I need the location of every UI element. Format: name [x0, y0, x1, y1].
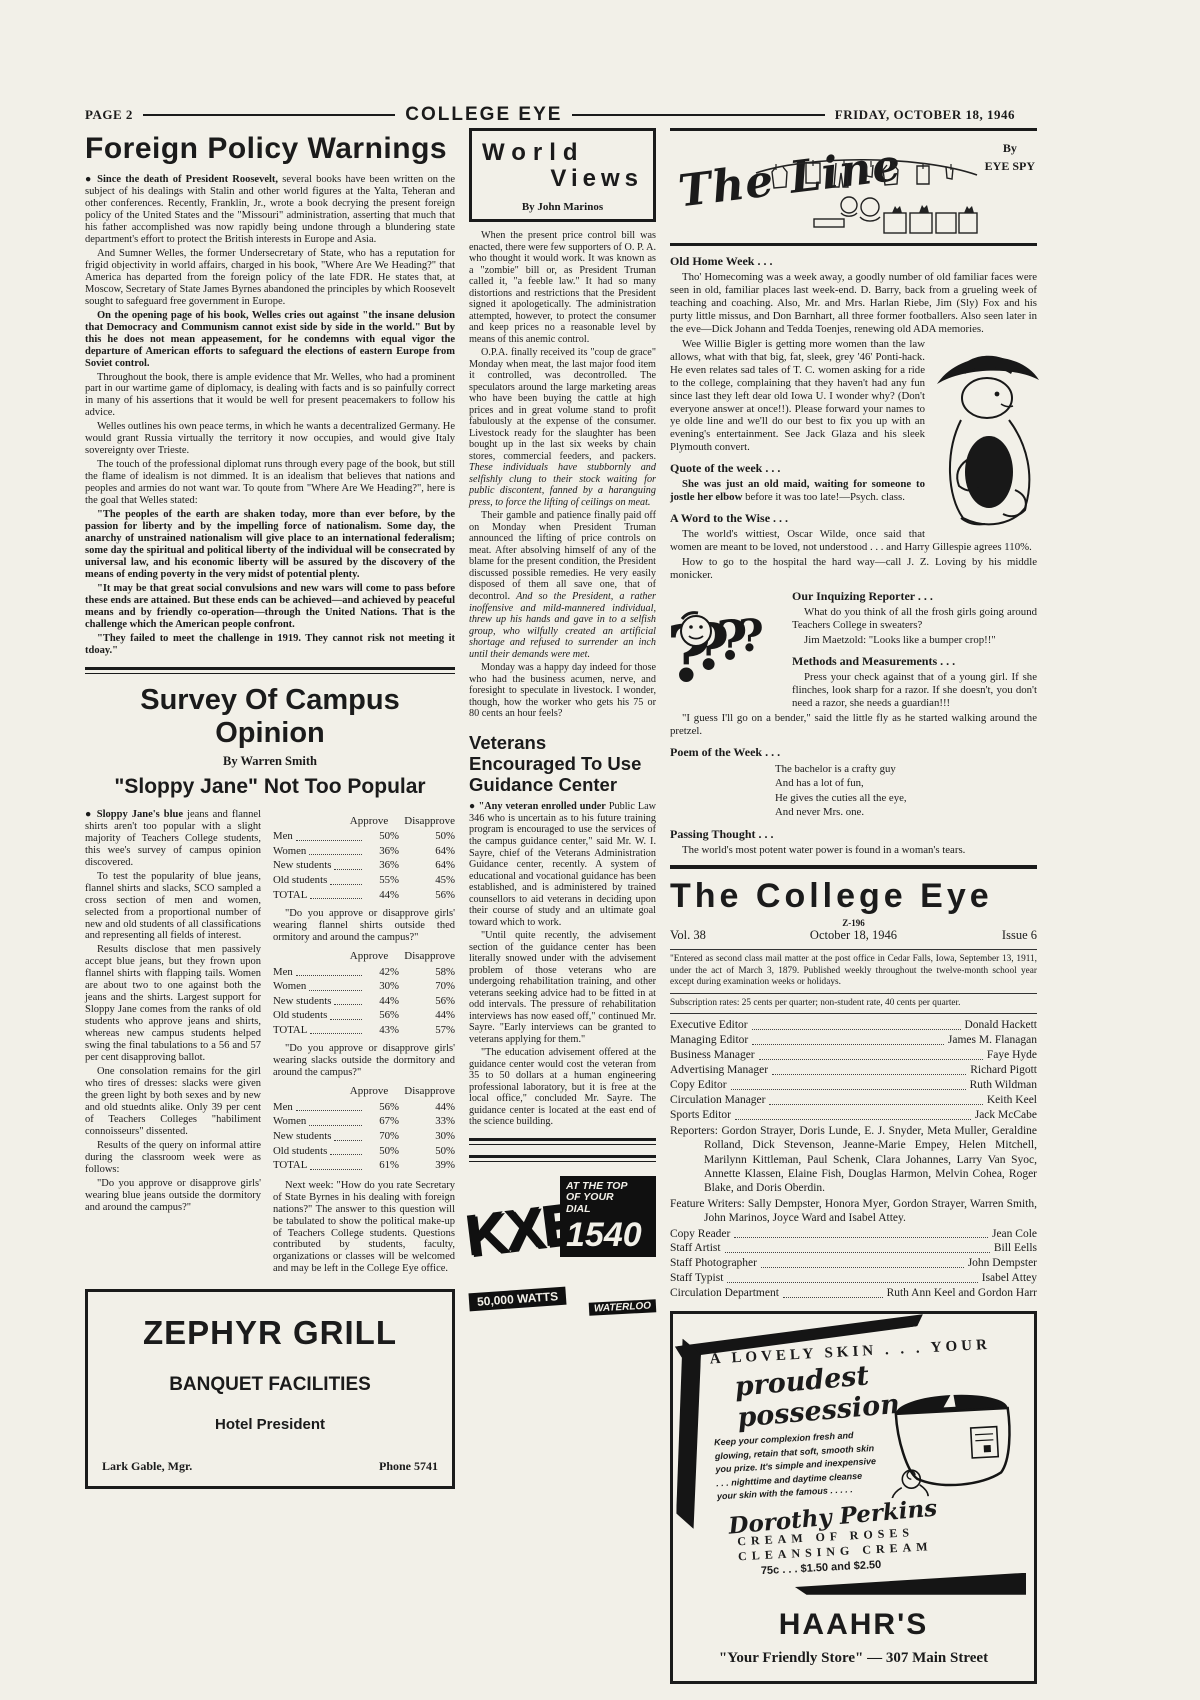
- staff-role: Copy Editor: [670, 1078, 727, 1093]
- dot-leader: [761, 1256, 964, 1268]
- dot-leader: [769, 1093, 982, 1105]
- approve-value: 61%: [365, 1158, 399, 1173]
- perkins-card: A LOVELY SKIN . . . YOUR proudest posses…: [693, 1326, 1020, 1586]
- dot-leader: [759, 1048, 983, 1060]
- approve-value: 56%: [365, 1008, 399, 1023]
- page-number: PAGE 2: [85, 107, 133, 123]
- row-label: Women: [273, 979, 306, 994]
- poem-line: And has a lot of fun,: [775, 776, 1037, 791]
- section-heading: Old Home Week . . .: [670, 254, 1037, 269]
- dot-leader: [309, 1114, 362, 1126]
- paragraph: "They failed to meet the challenge in 19…: [85, 633, 455, 657]
- by-label: By: [985, 139, 1035, 157]
- section-inquiring-reporter: ? ? ? ? Our Inquizing Reporter . . . Wha…: [670, 589, 1037, 738]
- disapprove-value: 44%: [399, 1008, 455, 1023]
- staff-name: Richard Pigott: [970, 1063, 1037, 1078]
- quote-rest: before it was too late!—Psych. class.: [742, 491, 905, 503]
- staff-row: Managing EditorJames M. Flanagan: [670, 1033, 1037, 1048]
- dot-leader: [296, 1100, 362, 1112]
- disapprove-value: 70%: [399, 979, 455, 994]
- paragraph: Results disclose that men passively acce…: [85, 944, 261, 1064]
- approve-value: 56%: [365, 1100, 399, 1115]
- page-content: Foreign Policy Warnings ● Since the deat…: [85, 128, 1023, 1684]
- staff-row: Copy ReaderJean Cole: [670, 1227, 1037, 1242]
- by-name: EYE SPY: [985, 157, 1035, 175]
- ad-line: BANQUET FACILITIES: [102, 1374, 438, 1396]
- paragraph: To test the popularity of blue jeans, fl…: [85, 871, 261, 943]
- staff-role: Staff Artist: [670, 1241, 721, 1256]
- dot-leader: [330, 1008, 362, 1020]
- clothesline-illustration: [754, 133, 979, 237]
- column-title-line2: Views: [482, 165, 643, 193]
- survey-text-column: ● Sloppy Jane's blue jeans and flannel s…: [85, 809, 261, 1278]
- approve-value: 44%: [365, 994, 399, 1009]
- paragraph-text: Public Law 346 who is uncertain as to hi…: [469, 801, 656, 927]
- section-divider: [85, 667, 455, 674]
- dot-leader: [727, 1271, 977, 1283]
- dot-leader: [310, 1158, 362, 1170]
- issue-date: FRIDAY, OCTOBER 18, 1946: [835, 107, 1015, 123]
- ad-divider: [469, 1138, 656, 1162]
- staff-role: Managing Editor: [670, 1033, 748, 1048]
- disapprove-value: 50%: [399, 829, 455, 844]
- dot-leader: [309, 979, 362, 991]
- masthead-title: The College Eye: [670, 877, 1037, 916]
- dot-leader: [734, 1227, 988, 1239]
- paragraph: And Sumner Welles, the former Undersecre…: [85, 248, 455, 308]
- paragraph: The world's most potent water power is f…: [670, 844, 1037, 857]
- dot-leader: [330, 1144, 362, 1156]
- survey-table-column: Approve Disapprove Men50%50% Women36%64%…: [273, 809, 455, 1278]
- staff-name: Donald Hackett: [965, 1018, 1038, 1033]
- paragraph: When the present price control bill was …: [469, 230, 656, 345]
- dot-leader: [725, 1241, 990, 1253]
- staff-name: Ruth Ann Keel and Gordon Harr: [887, 1286, 1037, 1301]
- staff-name: John Dempster: [968, 1256, 1037, 1271]
- row-label: TOTAL: [273, 888, 307, 903]
- row-label: New students: [273, 994, 331, 1009]
- the-line-banner: The Line By EYE SPY: [670, 128, 1037, 246]
- table-row: Women36%64%: [273, 844, 455, 859]
- paragraph: The touch of the professional diplomat r…: [85, 459, 455, 507]
- disapprove-value: 39%: [399, 1158, 455, 1173]
- dot-leader: [296, 965, 362, 977]
- dot-leader: [334, 994, 362, 1006]
- staff-row: Copy EditorRuth Wildman: [670, 1078, 1037, 1093]
- article-title: Veterans Encouraged To Use Guidance Cent…: [469, 732, 656, 796]
- table-row: Women30%70%: [273, 979, 455, 994]
- world-views-masthead: World Views By John Marinos: [469, 128, 656, 222]
- row-label: Men: [273, 1100, 293, 1115]
- header-rule-left: [143, 114, 395, 116]
- staff-role: Staff Typist: [670, 1271, 723, 1286]
- disapprove-value: 44%: [399, 1100, 455, 1115]
- brush-stroke-icon: [676, 1339, 701, 1529]
- row-label: Men: [273, 829, 293, 844]
- staff-row: Staff TypistIsabel Attey: [670, 1271, 1037, 1286]
- question-marks-illustration: ? ? ? ?: [670, 593, 782, 701]
- row-label: Men: [273, 965, 293, 980]
- approve-value: 36%: [365, 858, 399, 873]
- row-label: New students: [273, 858, 331, 873]
- poem-line: And never Mrs. one.: [775, 805, 1037, 820]
- paragraph-text: Their gamble and patience finally paid o…: [469, 510, 656, 602]
- dot-leader: [772, 1063, 966, 1075]
- staff-role: Copy Reader: [670, 1227, 730, 1242]
- dorothy-perkins-ad: A LOVELY SKIN . . . YOUR proudest posses…: [670, 1311, 1037, 1684]
- article-world-views: World Views By John Marinos When the pre…: [469, 128, 656, 720]
- table-row: TOTAL61%39%: [273, 1158, 455, 1173]
- dot-leader: [783, 1286, 883, 1298]
- paragraph: "The education advisement offered at the…: [469, 1047, 656, 1128]
- store-name: HAAHR'S: [685, 1608, 1022, 1642]
- staff-name: Ruth Wildman: [970, 1078, 1037, 1093]
- disapprove-value: 56%: [399, 994, 455, 1009]
- radio-dial-box: AT THE TOP OF YOUR DIAL 1540: [560, 1176, 656, 1257]
- section-old-home-week: Old Home Week . . . Tho' Homecoming was …: [670, 254, 1037, 454]
- table-row: Women67%33%: [273, 1114, 455, 1129]
- dot-leader: [752, 1018, 961, 1030]
- survey-table-2: Men42%58% Women30%70% New students44%56%…: [273, 965, 455, 1038]
- staff-role: Circulation Department: [670, 1286, 779, 1301]
- survey-question-2: "Do you approve or disapprove girls' wea…: [273, 908, 455, 944]
- dot-leader: [735, 1108, 971, 1120]
- staff-name: Jean Cole: [992, 1227, 1037, 1242]
- disapprove-value: 33%: [399, 1114, 455, 1129]
- issue-number: Issue 6: [947, 928, 1037, 943]
- staff-role: Sports Editor: [670, 1108, 731, 1123]
- paragraph: Results of the query on informal attire …: [85, 1140, 261, 1176]
- row-label: Women: [273, 1114, 306, 1129]
- survey-table-1: Men50%50% Women36%64% New students36%64%…: [273, 829, 455, 902]
- article-subtitle: "Sloppy Jane" Not Too Popular: [85, 775, 455, 799]
- column-left: Foreign Policy Warnings ● Since the deat…: [85, 128, 455, 1684]
- disapprove-header: Disapprove: [404, 950, 455, 963]
- dot-leader: [310, 888, 362, 900]
- disapprove-value: 57%: [399, 1023, 455, 1038]
- row-label: Old students: [273, 1144, 327, 1159]
- store-tagline: "Your Friendly Store" — 307 Main Street: [685, 1650, 1022, 1667]
- running-head: PAGE 2 COLLEGE EYE FRIDAY, OCTOBER 18, 1…: [85, 104, 1015, 126]
- paragraph: "It may be that great social convulsions…: [85, 583, 455, 631]
- approve-value: 70%: [365, 1129, 399, 1144]
- table-row: Men50%50%: [273, 829, 455, 844]
- row-label: Women: [273, 844, 306, 859]
- row-label: New students: [273, 1129, 331, 1144]
- row-label: TOTAL: [273, 1158, 307, 1173]
- ad-phone: Phone 5741: [379, 1459, 438, 1474]
- staff-name: Faye Hyde: [987, 1048, 1037, 1063]
- advertiser-name: ZEPHYR GRILL: [102, 1314, 438, 1352]
- article-foreign-policy: Foreign Policy Warnings ● Since the deat…: [85, 132, 455, 657]
- masthead-date-block: Z-196 October 18, 1946: [760, 918, 947, 943]
- disapprove-value: 64%: [399, 844, 455, 859]
- table-row: Men56%44%: [273, 1100, 455, 1115]
- article-survey: Survey Of Campus Opinion By Warren Smith…: [85, 684, 455, 1278]
- staff-role: Advertising Manager: [670, 1063, 768, 1078]
- paragraph-italic: These individuals have stubbornly and se…: [469, 462, 656, 508]
- approve-value: 30%: [365, 979, 399, 994]
- table-row: New students70%30%: [273, 1129, 455, 1144]
- section-poem: Poem of the Week . . . The bachelor is a…: [670, 745, 1037, 820]
- approve-value: 44%: [365, 888, 399, 903]
- ad-line: DIAL: [566, 1204, 650, 1216]
- section-heading: Passing Thought . . .: [670, 827, 1037, 842]
- dot-leader: [309, 844, 362, 856]
- column-right: The Line By EYE SPY: [670, 128, 1037, 1684]
- masthead: The College Eye Vol. 38 Z-196 October 18…: [670, 877, 1037, 1301]
- radio-city: WATERLOO: [589, 1299, 657, 1315]
- column-middle: World Views By John Marinos When the pre…: [469, 128, 656, 1684]
- disapprove-value: 56%: [399, 888, 455, 903]
- paragraph: Tho' Homecoming was a week away, a goodl…: [670, 271, 1037, 336]
- table-header: Approve Disapprove: [273, 815, 455, 828]
- disapprove-value: 64%: [399, 858, 455, 873]
- masthead-rule: [670, 1013, 1037, 1014]
- section-heading: Poem of the Week . . .: [670, 745, 1037, 760]
- row-label: Old students: [273, 873, 327, 888]
- masthead-rule: [670, 949, 1037, 950]
- row-label: Old students: [273, 1008, 327, 1023]
- disapprove-value: 30%: [399, 1129, 455, 1144]
- cream-jar-illustration: [884, 1374, 1022, 1499]
- staff-row: Circulation ManagerKeith Keel: [670, 1093, 1037, 1108]
- approve-value: 67%: [365, 1114, 399, 1129]
- paragraph: On the opening page of his book, Welles …: [85, 310, 455, 370]
- approve-value: 36%: [365, 844, 399, 859]
- paragraph: "The peoples of the earth are shaken tod…: [85, 509, 455, 581]
- paragraph: Monday was a happy day indeed for those …: [469, 662, 656, 720]
- paragraph-lead: ● Since the death of President Roosevelt…: [85, 174, 278, 185]
- table-row: Men42%58%: [273, 965, 455, 980]
- dot-leader: [334, 858, 362, 870]
- article-veterans: Veterans Encouraged To Use Guidance Cent…: [469, 732, 656, 1128]
- dot-leader: [310, 1023, 362, 1035]
- next-week-note: Next week: "How do you rate Secretary of…: [273, 1180, 455, 1276]
- approve-header: Approve: [350, 815, 389, 828]
- ad-line: Hotel President: [102, 1416, 438, 1433]
- approve-header: Approve: [350, 950, 389, 963]
- staff-name: Jack McCabe: [975, 1108, 1037, 1123]
- paragraph: "Until quite recently, the advisement se…: [469, 930, 656, 1045]
- poem-line: He gives the cuties all the eye,: [775, 791, 1037, 806]
- article-title: Foreign Policy Warnings: [85, 132, 455, 166]
- paragraph-lead: ● "Any veteran enrolled under: [469, 801, 606, 812]
- paragraph: Welles outlines his own peace terms, in …: [85, 421, 455, 457]
- approve-value: 50%: [365, 829, 399, 844]
- staff-row: Staff ArtistBill Eells: [670, 1241, 1037, 1256]
- table-row: Old students50%50%: [273, 1144, 455, 1159]
- column-title-line1: World: [482, 139, 643, 167]
- masthead-date: October 18, 1946: [810, 928, 897, 942]
- staff-role: Circulation Manager: [670, 1093, 765, 1108]
- volume-number: Vol. 38: [670, 928, 760, 943]
- feature-writers-list: Feature Writers: Sally Dempster, Honora …: [670, 1197, 1037, 1226]
- paragraph: "I guess I'll go on a bender," said the …: [670, 712, 1037, 738]
- rabbit-illustration: [931, 340, 1043, 530]
- ad-manager: Lark Gable, Mgr.: [102, 1459, 192, 1474]
- disapprove-value: 45%: [399, 873, 455, 888]
- table-row: Old students56%44%: [273, 1008, 455, 1023]
- paragraph: O.P.A. finally received its "coup de gra…: [469, 347, 656, 508]
- byline: By John Marinos: [482, 201, 643, 213]
- masthead-rule: [670, 993, 1037, 994]
- dot-leader: [731, 1078, 966, 1090]
- table-row: TOTAL44%56%: [273, 888, 455, 903]
- approve-value: 43%: [365, 1023, 399, 1038]
- paragraph-lead: ● Sloppy Jane's blue: [85, 809, 183, 820]
- byline: By Warren Smith: [85, 754, 455, 769]
- poem-line: The bachelor is a crafty guy: [775, 762, 1037, 777]
- paper-name: COLLEGE EYE: [405, 104, 562, 126]
- newspaper-page: PAGE 2 COLLEGE EYE FRIDAY, OCTOBER 18, 1…: [0, 0, 1200, 1700]
- staff-row: Advertising ManagerRichard Pigott: [670, 1063, 1037, 1078]
- paragraph: Their gamble and patience finally paid o…: [469, 510, 656, 660]
- staff-role: Executive Editor: [670, 1018, 748, 1033]
- staff-row: Circulation DepartmentRuth Ann Keel and …: [670, 1286, 1037, 1301]
- subscription-rates: Subscription rates: 25 cents per quarter…: [670, 998, 1037, 1010]
- table-header: Approve Disapprove: [273, 1085, 455, 1098]
- approve-value: 50%: [365, 1144, 399, 1159]
- table-row: Old students55%45%: [273, 873, 455, 888]
- staff-name: Keith Keel: [987, 1093, 1037, 1108]
- mail-code: Z-196: [760, 918, 947, 928]
- paragraph: The world's wittiest, Oscar Wilde, once …: [670, 528, 1037, 554]
- survey-table-3: Men56%44% Women67%33% New students70%30%…: [273, 1100, 455, 1173]
- paragraph: ● Since the death of President Roosevelt…: [85, 174, 455, 246]
- staff-name: Bill Eells: [994, 1241, 1037, 1256]
- masthead-top-rule: [670, 865, 1037, 869]
- staff-row: Staff PhotographerJohn Dempster: [670, 1256, 1037, 1271]
- approve-value: 42%: [365, 965, 399, 980]
- staff-role: Staff Photographer: [670, 1256, 757, 1271]
- staff-row: Business ManagerFaye Hyde: [670, 1048, 1037, 1063]
- zephyr-grill-ad: ZEPHYR GRILL BANQUET FACILITIES Hotel Pr…: [85, 1289, 455, 1489]
- staff-name: James M. Flanagan: [948, 1033, 1037, 1048]
- table-row: New students36%64%: [273, 858, 455, 873]
- table-header: Approve Disapprove: [273, 950, 455, 963]
- staff-row: Sports EditorJack McCabe: [670, 1108, 1037, 1123]
- disapprove-header: Disapprove: [404, 815, 455, 828]
- paragraph: One consolation remains for the girl who…: [85, 1066, 261, 1138]
- table-row: New students44%56%: [273, 994, 455, 1009]
- row-label: TOTAL: [273, 1023, 307, 1038]
- staff-role: Business Manager: [670, 1048, 755, 1063]
- survey-question-3: "Do you approve or disapprove girls' wea…: [273, 1043, 455, 1079]
- table-row: TOTAL43%57%: [273, 1023, 455, 1038]
- staff-name: Isabel Attey: [982, 1271, 1037, 1286]
- dot-leader: [296, 829, 362, 841]
- paragraph: ● Sloppy Jane's blue jeans and flannel s…: [85, 809, 261, 869]
- disapprove-value: 58%: [399, 965, 455, 980]
- header-rule-right: [572, 114, 824, 116]
- staff-list: Executive EditorDonald Hackett Managing …: [670, 1018, 1037, 1301]
- disapprove-value: 50%: [399, 1144, 455, 1159]
- paragraph-text: O.P.A. finally received its "coup de gra…: [469, 347, 656, 462]
- dot-leader: [334, 1129, 362, 1141]
- radio-frequency: 1540: [566, 1218, 650, 1252]
- entry-notice: "Entered as second class mail matter at …: [670, 954, 1037, 989]
- paragraph: ● "Any veteran enrolled under Public Law…: [469, 801, 656, 928]
- reporters-list: Reporters: Gordon Strayer, Doris Lunde, …: [670, 1124, 1037, 1196]
- article-title: Survey Of Campus Opinion: [85, 684, 455, 750]
- radio-watts: 50,000 WATTS: [468, 1287, 566, 1312]
- dot-leader: [330, 873, 362, 885]
- survey-question-1: "Do you approve or disapprove girls' wea…: [85, 1178, 261, 1214]
- paragraph: How to go to the hospital the hard way—c…: [670, 556, 1037, 582]
- approve-header: Approve: [350, 1085, 389, 1098]
- paragraph: Throughout the book, there is ample evid…: [85, 372, 455, 420]
- staff-row: Executive EditorDonald Hackett: [670, 1018, 1037, 1033]
- disapprove-header: Disapprove: [404, 1085, 455, 1098]
- kxel-radio-ad: KXEL AT THE TOP OF YOUR DIAL 1540 50,000…: [469, 1176, 656, 1314]
- section-passing-thought: Passing Thought . . . The world's most p…: [670, 827, 1037, 857]
- approve-value: 55%: [365, 873, 399, 888]
- ad-body-text: Keep your complexion fresh and glowing, …: [714, 1428, 881, 1504]
- dot-leader: [752, 1033, 944, 1045]
